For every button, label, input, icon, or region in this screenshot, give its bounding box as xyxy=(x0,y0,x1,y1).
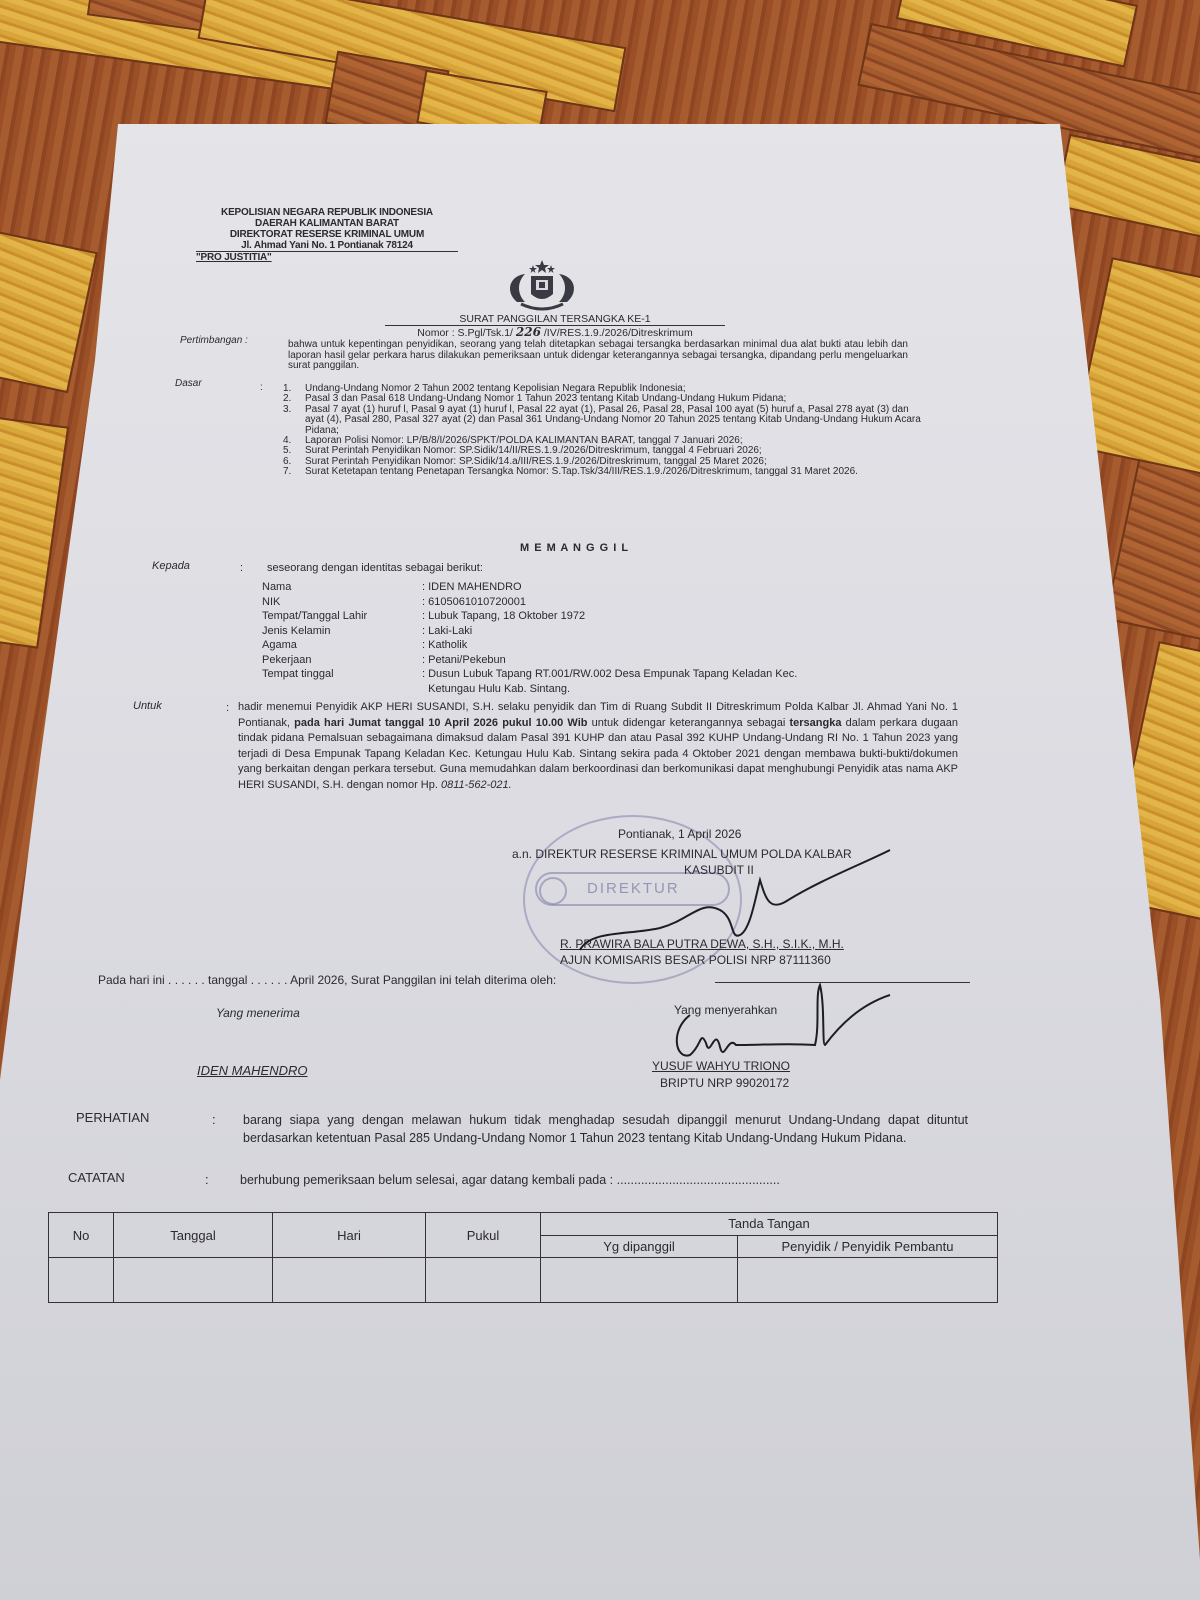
identity-row-address-cont: Ketungau Hulu Kab. Sintang. xyxy=(262,682,797,697)
identity-row-occupation: Pekerjaan: Petani/Pekebun xyxy=(262,653,797,668)
letter-number-handwritten: 226 xyxy=(516,325,541,339)
identity-value: : 6105061010720001 xyxy=(422,595,526,610)
table-row xyxy=(49,1258,998,1303)
identity-value: : IDEN MAHENDRO xyxy=(422,580,522,595)
letterhead-region: DAERAH KALIMANTAN BARAT xyxy=(196,218,458,229)
reschedule-table: No Tanggal Hari Pukul Tanda Tangan Yg di… xyxy=(48,1212,998,1303)
dasar-list: 1.Undang-Undang Nomor 2 Tahun 2002 tenta… xyxy=(283,384,923,478)
identity-value: : Laki-Laki xyxy=(422,624,472,639)
identity-key: Tempat/Tanggal Lahir xyxy=(262,609,422,624)
receiver-name: IDEN MAHENDRO xyxy=(197,1063,308,1078)
perhatian-text: barang siapa yang dengan melawan hukum t… xyxy=(243,1111,968,1147)
col-header-penyidik: Penyidik / Penyidik Pembantu xyxy=(738,1235,998,1258)
investigator-phone: 0811-562-021. xyxy=(441,779,512,791)
giver-name: YUSUF WAHYU TRIONO xyxy=(652,1059,790,1073)
identity-key: NIK xyxy=(262,595,422,610)
letter-number-suffix: /IV/RES.1.9./2026/Ditreskrimum xyxy=(544,327,693,339)
identity-value: Ketungau Hulu Kab. Sintang. xyxy=(422,682,570,697)
signature-kasubdit-icon xyxy=(570,840,900,960)
identity-value: : Petani/Pekebun xyxy=(422,653,506,668)
kepada-label: Kepada xyxy=(152,560,190,572)
identity-key: Tempat tinggal xyxy=(262,667,422,682)
col-header-pukul: Pukul xyxy=(426,1213,541,1258)
letter-number: Nomor : S.Pgl/Tsk.1/ 226 /IV/RES.1.9./20… xyxy=(385,326,725,339)
letterhead-directorate: DIREKTORAT RESERSE KRIMINAL UMUM xyxy=(196,229,458,240)
appointment-datetime: pada hari Jumat tanggal 10 April 2026 pu… xyxy=(294,717,587,729)
cell-no xyxy=(49,1258,114,1303)
pertimbangan-label: Pertimbangan : xyxy=(180,335,248,346)
pertimbangan-text: bahwa untuk kepentingan penyidikan, seor… xyxy=(288,340,908,372)
identity-key: Jenis Kelamin xyxy=(262,624,422,639)
cell-tanggal xyxy=(114,1258,273,1303)
untuk-text-b: untuk didengar keterangannya sebagai xyxy=(588,717,790,729)
pro-justitia-label: "PRO JUSTITIA" xyxy=(196,252,458,263)
dasar-item-text: Surat Ketetapan tentang Penetapan Tersan… xyxy=(305,467,858,477)
identity-key: Nama xyxy=(262,580,422,595)
status-tersangka: tersangka xyxy=(789,717,841,729)
memanggil-heading: M E M A N G G I L xyxy=(520,542,629,554)
receiver-label: Yang menerima xyxy=(216,1006,300,1020)
untuk-label: Untuk xyxy=(133,700,162,712)
cell-penyidik xyxy=(738,1258,998,1303)
letterhead-institution: KEPOLISIAN NEGARA REPUBLIK INDONESIA xyxy=(196,207,458,218)
identity-key: Pekerjaan xyxy=(262,653,422,668)
identity-row-gender: Jenis Kelamin: Laki-Laki xyxy=(262,624,797,639)
untuk-colon: : xyxy=(226,702,229,714)
identity-key: Agama xyxy=(262,638,422,653)
untuk-text: hadir menemui Penyidik AKP HERI SUSANDI,… xyxy=(238,700,958,793)
identity-value: : Dusun Lubuk Tapang RT.001/RW.002 Desa … xyxy=(422,667,797,682)
dasar-item-number: 3. xyxy=(283,405,305,436)
catatan-colon: : xyxy=(205,1172,209,1187)
dasar-label: Dasar xyxy=(175,378,202,389)
col-header-no: No xyxy=(49,1213,114,1258)
letterhead: KEPOLISIAN NEGARA REPUBLIK INDONESIA DAE… xyxy=(196,207,458,263)
catatan-label: CATATAN xyxy=(68,1170,125,1185)
receipt-line: Pada hari ini . . . . . . tanggal . . . … xyxy=(98,973,556,987)
letter-number-prefix: Nomor : S.Pgl/Tsk.1/ xyxy=(417,327,513,339)
cell-yg-dipanggil xyxy=(541,1258,738,1303)
col-header-hari: Hari xyxy=(273,1213,426,1258)
dasar-item-number: 7. xyxy=(283,467,305,477)
identity-row-address: Tempat tinggal: Dusun Lubuk Tapang RT.00… xyxy=(262,667,797,682)
receipt-underline xyxy=(715,982,970,983)
cell-hari xyxy=(273,1258,426,1303)
catatan-text: berhubung pemeriksaan belum selesai, aga… xyxy=(240,1173,780,1187)
letter-title-block: SURAT PANGGILAN TERSANGKA KE-1 Nomor : S… xyxy=(385,313,725,339)
police-emblem-icon xyxy=(503,258,581,316)
identity-row-birth: Tempat/Tanggal Lahir: Lubuk Tapang, 18 O… xyxy=(262,609,797,624)
identity-value: : Katholik xyxy=(422,638,467,653)
col-header-yg-dipanggil: Yg dipanggil xyxy=(541,1235,738,1258)
identity-row-name: Nama: IDEN MAHENDRO xyxy=(262,580,797,595)
perhatian-colon: : xyxy=(212,1112,216,1127)
kepada-colon: : xyxy=(240,562,243,574)
dasar-item: 3.Pasal 7 ayat (1) huruf l, Pasal 9 ayat… xyxy=(283,405,923,436)
cell-pukul xyxy=(426,1258,541,1303)
dasar-item: 7.Surat Ketetapan tentang Penetapan Ters… xyxy=(283,467,923,477)
col-header-tanda-tangan: Tanda Tangan xyxy=(541,1213,998,1236)
kepada-intro: seseorang dengan identitas sebagai berik… xyxy=(267,562,483,574)
letter-title: SURAT PANGGILAN TERSANGKA KE-1 xyxy=(385,313,725,326)
col-header-tanggal: Tanggal xyxy=(114,1213,273,1258)
perhatian-label: PERHATIAN xyxy=(76,1110,149,1125)
identity-row-nik: NIK: 6105061010720001 xyxy=(262,595,797,610)
dasar-item-text: Pasal 7 ayat (1) huruf l, Pasal 9 ayat (… xyxy=(305,405,923,436)
identity-value: : Lubuk Tapang, 18 Oktober 1972 xyxy=(422,609,585,624)
suspect-identity: Nama: IDEN MAHENDRO NIK: 610506101072000… xyxy=(262,580,797,696)
identity-key xyxy=(262,682,422,697)
identity-row-religion: Agama: Katholik xyxy=(262,638,797,653)
dasar-colon: : xyxy=(260,382,263,393)
table-header-row: No Tanggal Hari Pukul Tanda Tangan xyxy=(49,1213,998,1236)
summons-letter: KEPOLISIAN NEGARA REPUBLIK INDONESIA DAE… xyxy=(0,0,1200,1600)
giver-rank: BRIPTU NRP 99020172 xyxy=(660,1076,789,1090)
letterhead-address: Jl. Ahmad Yani No. 1 Pontianak 78124 xyxy=(196,240,458,252)
